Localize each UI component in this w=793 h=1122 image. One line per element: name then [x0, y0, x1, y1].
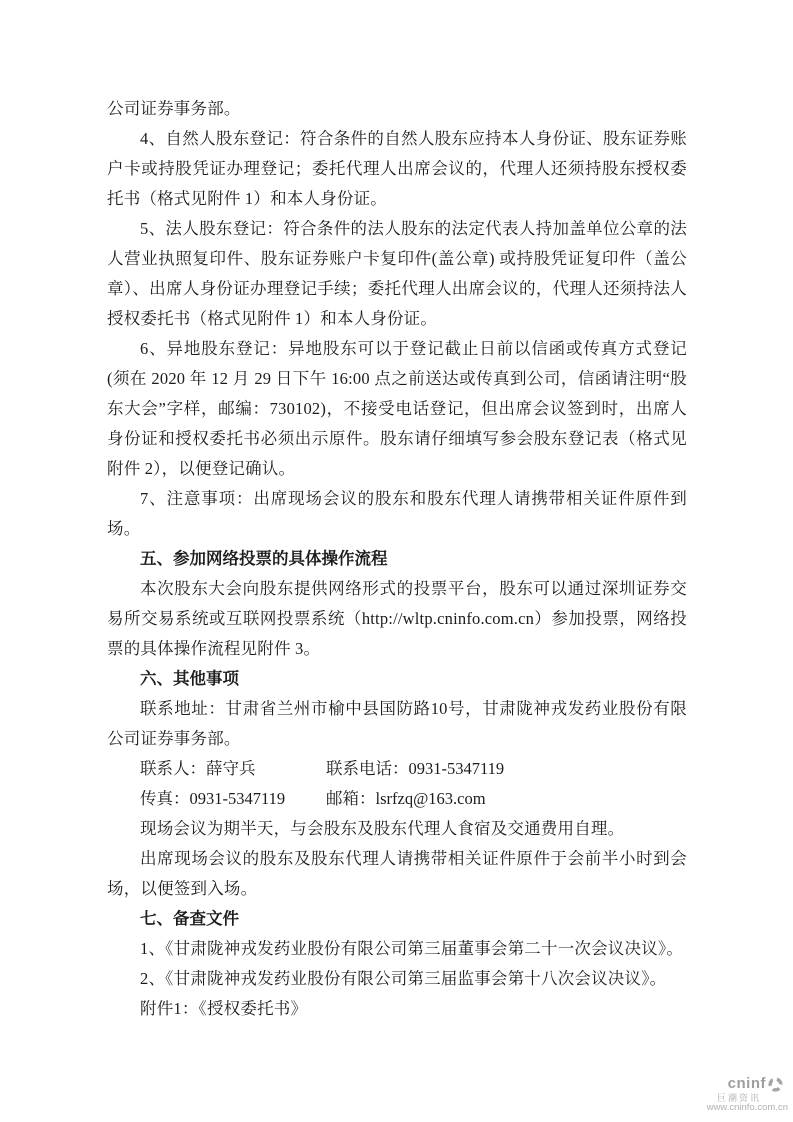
list-item-board-resolution: 1、《甘肃陇神戎发药业股份有限公司第三届董事会第二十一次会议决议》。: [107, 934, 687, 964]
contact-row-person-phone: 联系人：薛守兵联系电话：0931-5347119: [107, 754, 687, 784]
paragraph-registration-legal-person: 5、法人股东登记：符合条件的法人股东的法定代表人持加盖单位公章的法人营业执照复印…: [107, 214, 687, 334]
section-heading-reference-documents: 七、备查文件: [107, 904, 687, 934]
paragraph-registration-natural-person: 4、自然人股东登记：符合条件的自然人股东应持本人身份证、股东证券账户卡或持股凭证…: [107, 124, 687, 214]
cninfo-brand-text: cninf: [728, 1075, 766, 1092]
cninfo-brand-row: cninf: [700, 1075, 788, 1092]
cninfo-url: www.cninfo.com.cn: [700, 1103, 788, 1114]
paragraph-attachment-1: 附件1：《授权委托书》: [107, 994, 687, 1024]
document-body: 公司证券事务部。 4、自然人股东登记：符合条件的自然人股东应持本人身份证、股东证…: [107, 94, 687, 1024]
cninfo-watermark: cninf 巨潮资讯 www.cninfo.com.cn: [700, 1075, 788, 1114]
paragraph-notes: 7、注意事项：出席现场会议的股东和股东代理人请携带相关证件原件到场。: [107, 484, 687, 544]
paragraph-continuation: 公司证券事务部。: [107, 94, 687, 124]
contact-person: 联系人：薛守兵: [140, 754, 326, 784]
section-heading-online-voting: 五、参加网络投票的具体操作流程: [107, 544, 687, 574]
paragraph-registration-remote: 6、异地股东登记：异地股东可以于登记截止日前以信函或传真方式登记(须在 2020…: [107, 334, 687, 484]
paragraph-meeting-duration: 现场会议为期半天，与会股东及股东代理人食宿及交通费用自理。: [107, 814, 687, 844]
section-heading-other-matters: 六、其他事项: [107, 664, 687, 694]
list-item-supervisory-resolution: 2、《甘肃陇神戎发药业股份有限公司第三届监事会第十八次会议决议》。: [107, 964, 687, 994]
paragraph-online-voting: 本次股东大会向股东提供网络形式的投票平台，股东可以通过深圳证券交易所交易系统或互…: [107, 574, 687, 664]
contact-email: 邮箱：lsrfzq@163.com: [326, 789, 486, 808]
contact-row-fax-email: 传真：0931-5347119邮箱：lsrfzq@163.com: [107, 784, 687, 814]
paragraph-arrival-notice: 出席现场会议的股东及股东代理人请携带相关证件原件于会前半小时到会场，以便签到入场…: [107, 844, 687, 904]
paragraph-contact-address: 联系地址：甘肃省兰州市榆中县国防路10号，甘肃陇神戎发药业股份有限公司证券事务部…: [107, 694, 687, 754]
contact-fax: 传真：0931-5347119: [140, 784, 326, 814]
document-page: 公司证券事务部。 4、自然人股东登记：符合条件的自然人股东应持本人身份证、股东证…: [0, 0, 793, 1122]
cninfo-swirl-icon: [765, 1074, 786, 1095]
contact-phone: 联系电话：0931-5347119: [326, 759, 504, 778]
